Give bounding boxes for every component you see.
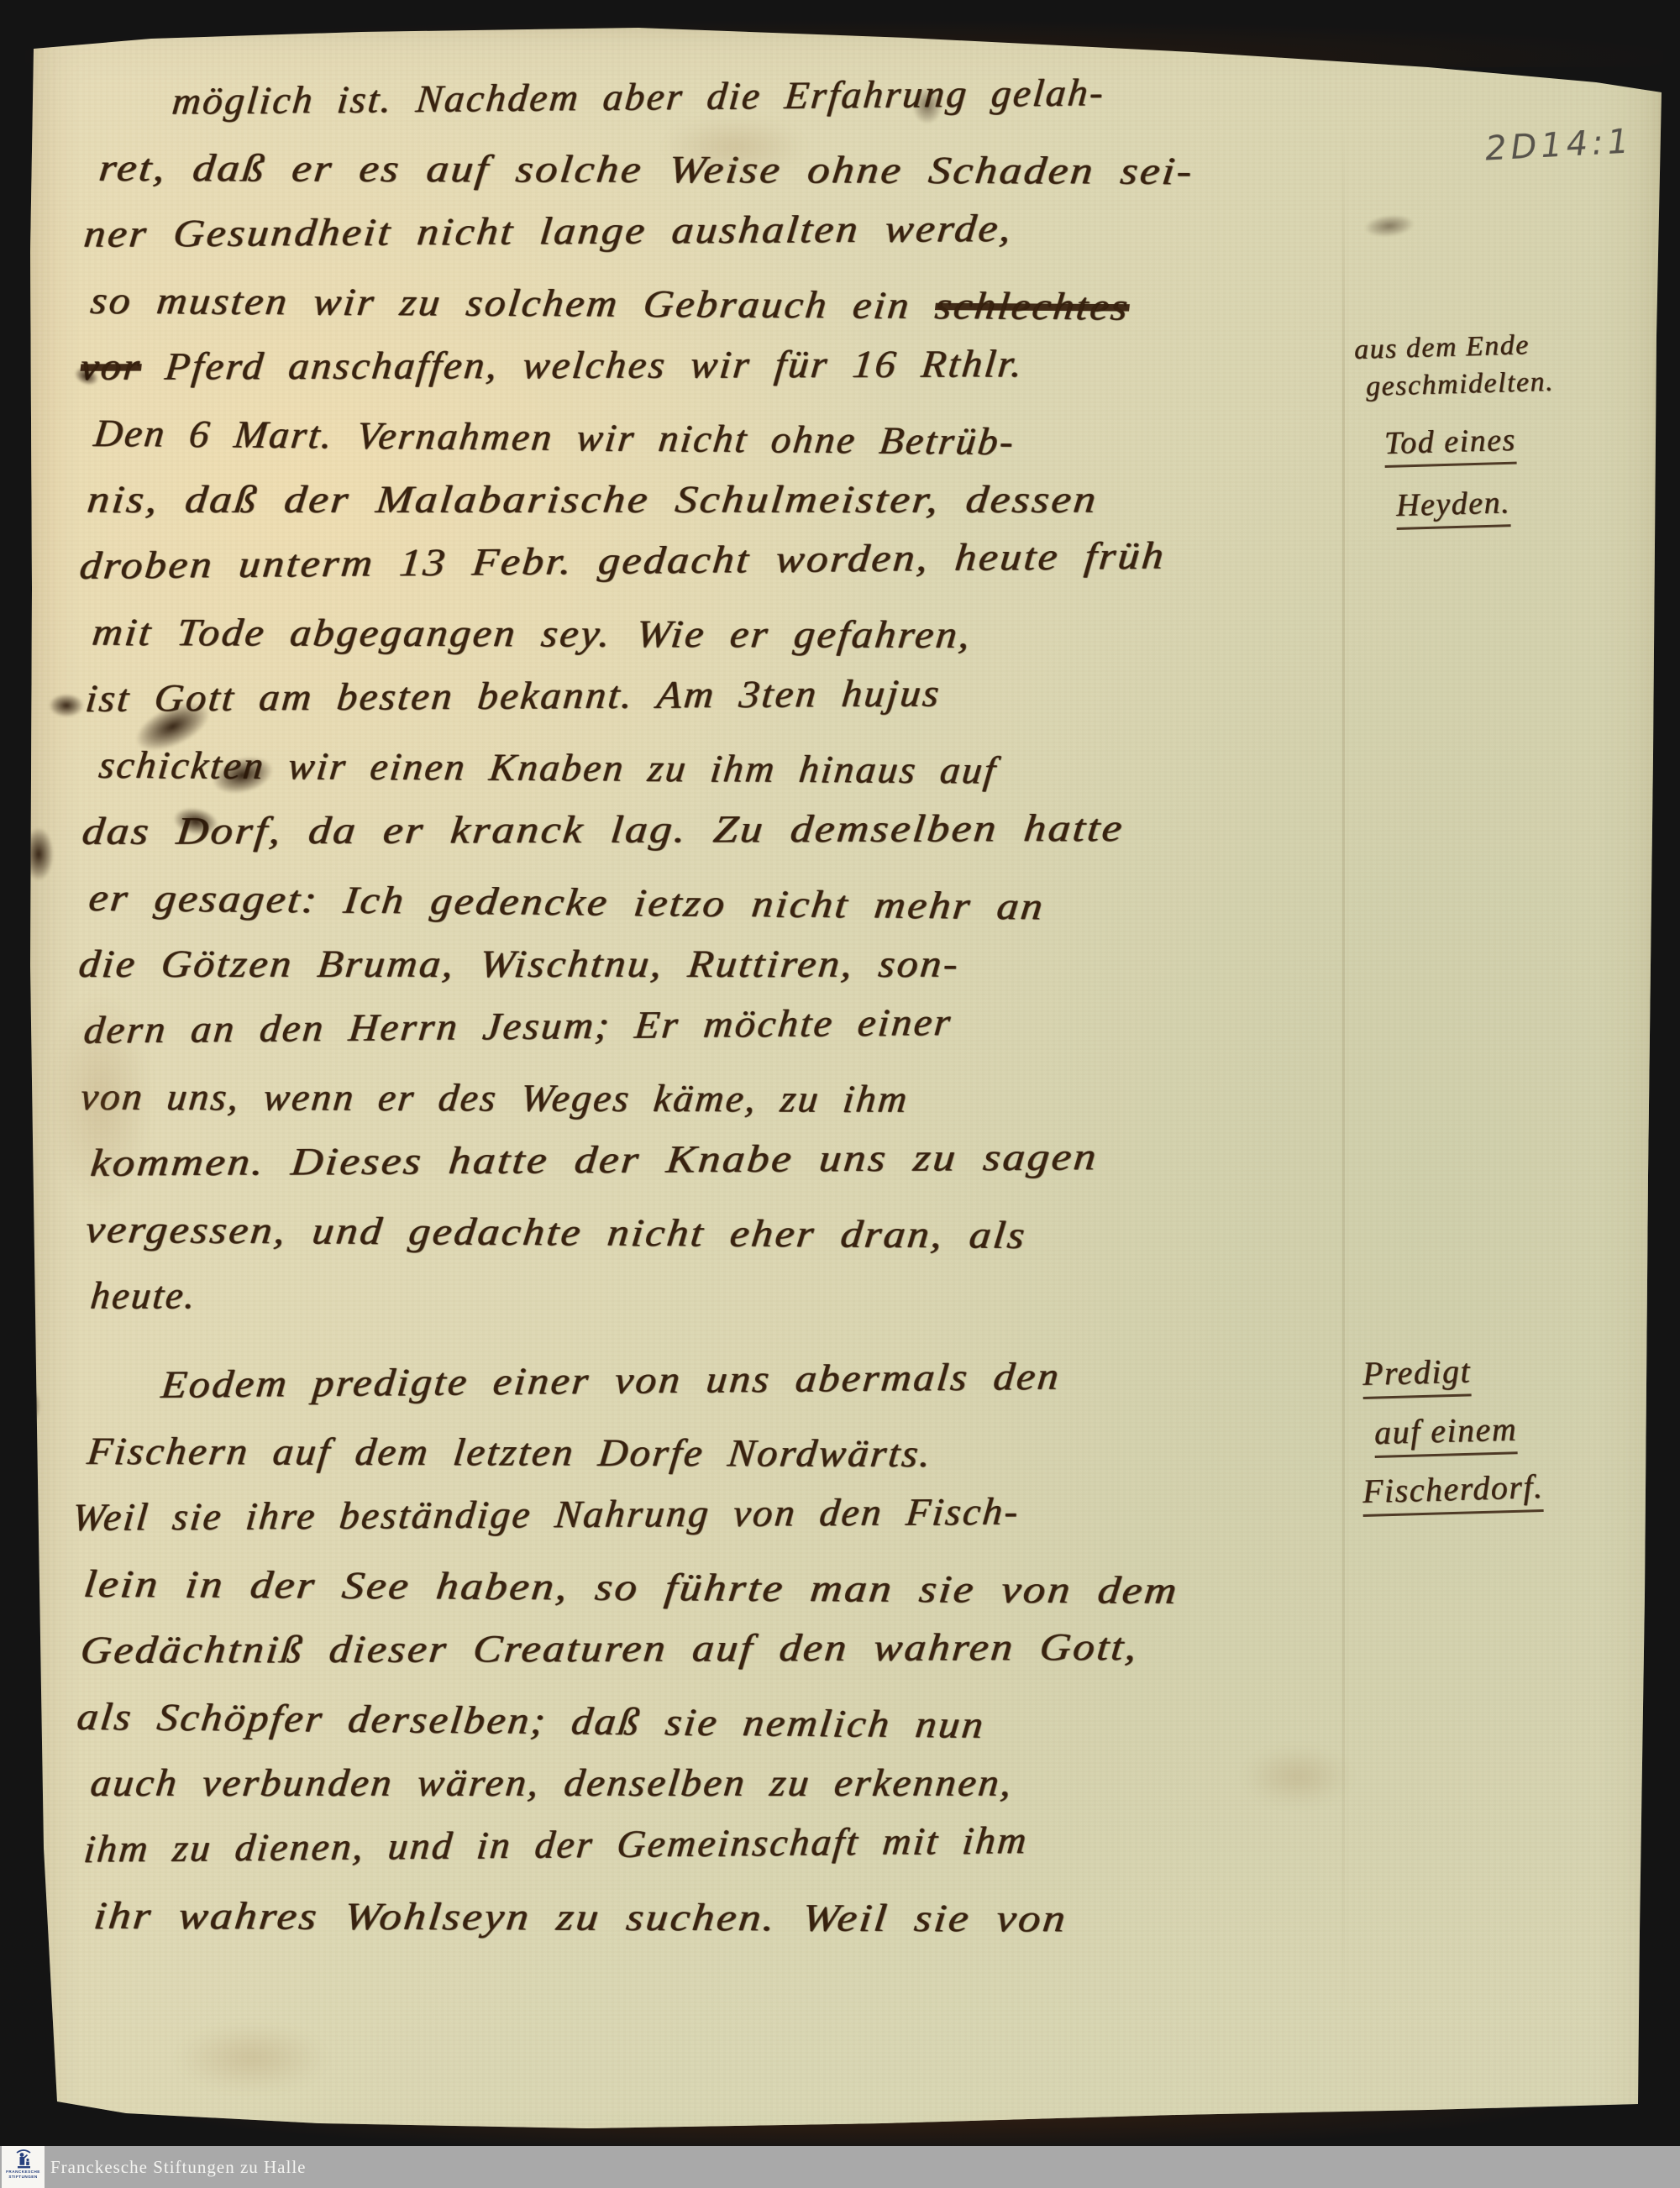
manuscript-line: Den 6 Mart. Vernahmen wir nicht ohne Bet… xyxy=(92,414,1017,461)
manuscript-line: ihm zu dienen, und in der Gemeinschaft m… xyxy=(82,1821,1030,1869)
ink-blot xyxy=(24,827,54,881)
manuscript-line: so musten wir zu solchem Gebrauch ein sc… xyxy=(88,281,1131,327)
manuscript-line: das Dorf, da er kranck lag. Zu demselben… xyxy=(81,809,1126,851)
ink-blot xyxy=(912,87,942,124)
paper-stain xyxy=(664,118,806,176)
logo-text-line2: STIFTUNGEN xyxy=(8,2175,37,2180)
francke-monument-icon xyxy=(13,2148,34,2170)
manuscript-line: Gedächtniß dieser Creaturen auf den wahr… xyxy=(79,1628,1141,1670)
manuscript-line: lein in der See haben, so führte man sie… xyxy=(81,1565,1180,1610)
margin-crease xyxy=(1342,118,1345,2033)
manuscript-line: ihr wahres Wohlseyn zu suchen. Weil sie … xyxy=(92,1897,1069,1939)
ink-blot xyxy=(49,694,84,717)
margin-note-line: auf einem xyxy=(1373,1409,1518,1458)
manuscript-line: heute. xyxy=(89,1277,199,1315)
manuscript-line: er gesaget: Ich gedencke ietzo nicht meh… xyxy=(87,879,1047,926)
manuscript-line: ner Gesundheit nicht lange aushalten wer… xyxy=(82,209,1015,254)
ink-blot xyxy=(13,1386,40,1426)
margin-note-line: Tod eines xyxy=(1383,422,1516,468)
margin-note-line: geschmidelten. xyxy=(1365,366,1554,403)
manuscript-line: möglich ist. Nachdem aber die Erfahrung … xyxy=(171,74,1107,122)
scanned-manuscript-view: möglich ist. Nachdem aber die Erfahrung … xyxy=(0,0,1680,2188)
ink-smudge xyxy=(1363,213,1415,239)
manuscript-line: ist Gott am besten bekannt. Am 3ten huju… xyxy=(84,674,942,718)
manuscript-line: kommen. Dieses hatte der Knabe uns zu sa… xyxy=(89,1137,1100,1183)
manuscript-line: vor Pferd anschaffen, welches wir für 16… xyxy=(79,344,1026,386)
paper-stain xyxy=(176,2024,328,2091)
manuscript-line: Weil sie ihre beständige Nahrung von den… xyxy=(71,1493,1021,1537)
institution-name: Franckesche Stiftungen zu Halle xyxy=(50,2146,307,2188)
manuscript-line: nis, daß der Malabarische Schulmeister, … xyxy=(86,480,1100,519)
footer-bar: FRANCKESCHE STIFTUNGEN Franckesche Stift… xyxy=(0,2146,1680,2188)
paper-stain xyxy=(50,991,151,1209)
manuscript-line: als Schöpfer derselben; daß sie nemlich … xyxy=(75,1697,987,1745)
manuscript-line: vergessen, und gedachte nicht eher dran,… xyxy=(83,1210,1028,1255)
manuscript-line: Fischern auf dem letzten Dorfe Nordwärts… xyxy=(86,1432,935,1473)
shelfmark-pencil: 2D14:1 xyxy=(1484,122,1634,168)
manuscript-line: mit Tode abgegangen sey. Wie er gefahren… xyxy=(91,613,974,654)
manuscript-line: droben unterm 13 Febr. gedacht worden, h… xyxy=(78,537,1168,585)
margin-note-line: Heyden. xyxy=(1395,484,1510,530)
manuscript-line: auch verbunden wären, denselben zu erken… xyxy=(89,1764,1016,1802)
manuscript-line: die Götzen Bruma, Wischtnu, Ruttiren, so… xyxy=(77,945,962,984)
paper-stain xyxy=(1243,1747,1352,1806)
manuscript-page: möglich ist. Nachdem aber die Erfahrung … xyxy=(0,0,1680,2188)
margin-note-line: Fischerdorf. xyxy=(1362,1467,1544,1517)
margin-note-line: aus dem Ende xyxy=(1353,329,1530,366)
manuscript-line: ret, daß er es auf solche Weise ohne Sch… xyxy=(97,149,1196,191)
institution-logo: FRANCKESCHE STIFTUNGEN xyxy=(2,2146,45,2188)
manuscript-line: dern an den Herrn Jesum; Er möchte einer xyxy=(82,1003,954,1050)
margin-note-line: Predigt xyxy=(1362,1351,1471,1399)
manuscript-line: von uns, wenn er des Weges käme, zu ihm xyxy=(79,1078,911,1119)
manuscript-line: Eodem predigte einer von uns abermals de… xyxy=(160,1357,1063,1404)
